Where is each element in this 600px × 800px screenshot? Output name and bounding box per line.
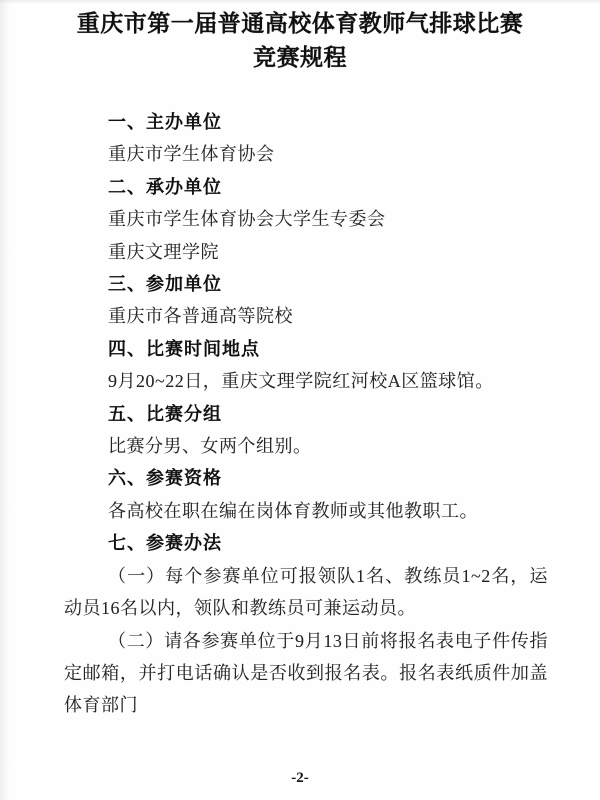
document-section: 六、参赛资格 各高校在职在编在岗体育教师或其他教职工。 (64, 462, 548, 527)
paragraph: 重庆市各普通高等院校 (64, 300, 548, 332)
paragraph: 重庆市学生体育协会大学生专委会 (64, 203, 548, 235)
document-title-line2: 竞赛规程 (0, 41, 600, 75)
document-section: 三、参加单位 重庆市各普通高等院校 (64, 268, 548, 333)
paragraph: （一）每个参赛单位可报领队1名、教练员1~2名，运动员16名以内，领队和教练员可… (64, 560, 548, 625)
section-heading: 四、比赛时间地点 (64, 333, 548, 365)
page-number: -2- (291, 770, 309, 786)
document-title-line1: 重庆市第一届普通高校体育教师气排球比赛 (0, 7, 600, 41)
section-heading: 一、主办单位 (64, 106, 548, 138)
document-body: 一、主办单位 重庆市学生体育协会 二、承办单位 重庆市学生体育协会大学生专委会重… (64, 106, 548, 722)
section-heading: 七、参赛办法 (64, 527, 548, 559)
document-section: 一、主办单位 重庆市学生体育协会 (64, 106, 548, 171)
document-title: 重庆市第一届普通高校体育教师气排球比赛 竞赛规程 (0, 0, 600, 75)
paragraph: （二）请各参赛单位于9月13日前将报名表电子件传指定邮箱，并打电话确认是否收到报… (64, 625, 548, 722)
paragraph: 9月20~22日，重庆文理学院红河校A区篮球馆。 (64, 365, 548, 397)
section-heading: 三、参加单位 (64, 268, 548, 300)
paragraph: 重庆市学生体育协会 (64, 138, 548, 170)
document-section: 七、参赛办法 （一）每个参赛单位可报领队1名、教练员1~2名，运动员16名以内，… (64, 527, 548, 721)
section-heading: 六、参赛资格 (64, 462, 548, 494)
section-heading: 五、比赛分组 (64, 398, 548, 430)
paragraph: 比赛分男、女两个组别。 (64, 430, 548, 462)
page-footer: -2- (0, 770, 600, 787)
section-heading: 二、承办单位 (64, 171, 548, 203)
scanned-document-page: 重庆市第一届普通高校体育教师气排球比赛 竞赛规程 一、主办单位 重庆市学生体育协… (0, 0, 600, 800)
paragraph: 各高校在职在编在岗体育教师或其他教职工。 (64, 495, 548, 527)
document-section: 二、承办单位 重庆市学生体育协会大学生专委会重庆文理学院 (64, 171, 548, 268)
paragraph: 重庆文理学院 (64, 236, 548, 268)
document-section: 五、比赛分组 比赛分男、女两个组别。 (64, 398, 548, 463)
document-section: 四、比赛时间地点 9月20~22日，重庆文理学院红河校A区篮球馆。 (64, 333, 548, 398)
